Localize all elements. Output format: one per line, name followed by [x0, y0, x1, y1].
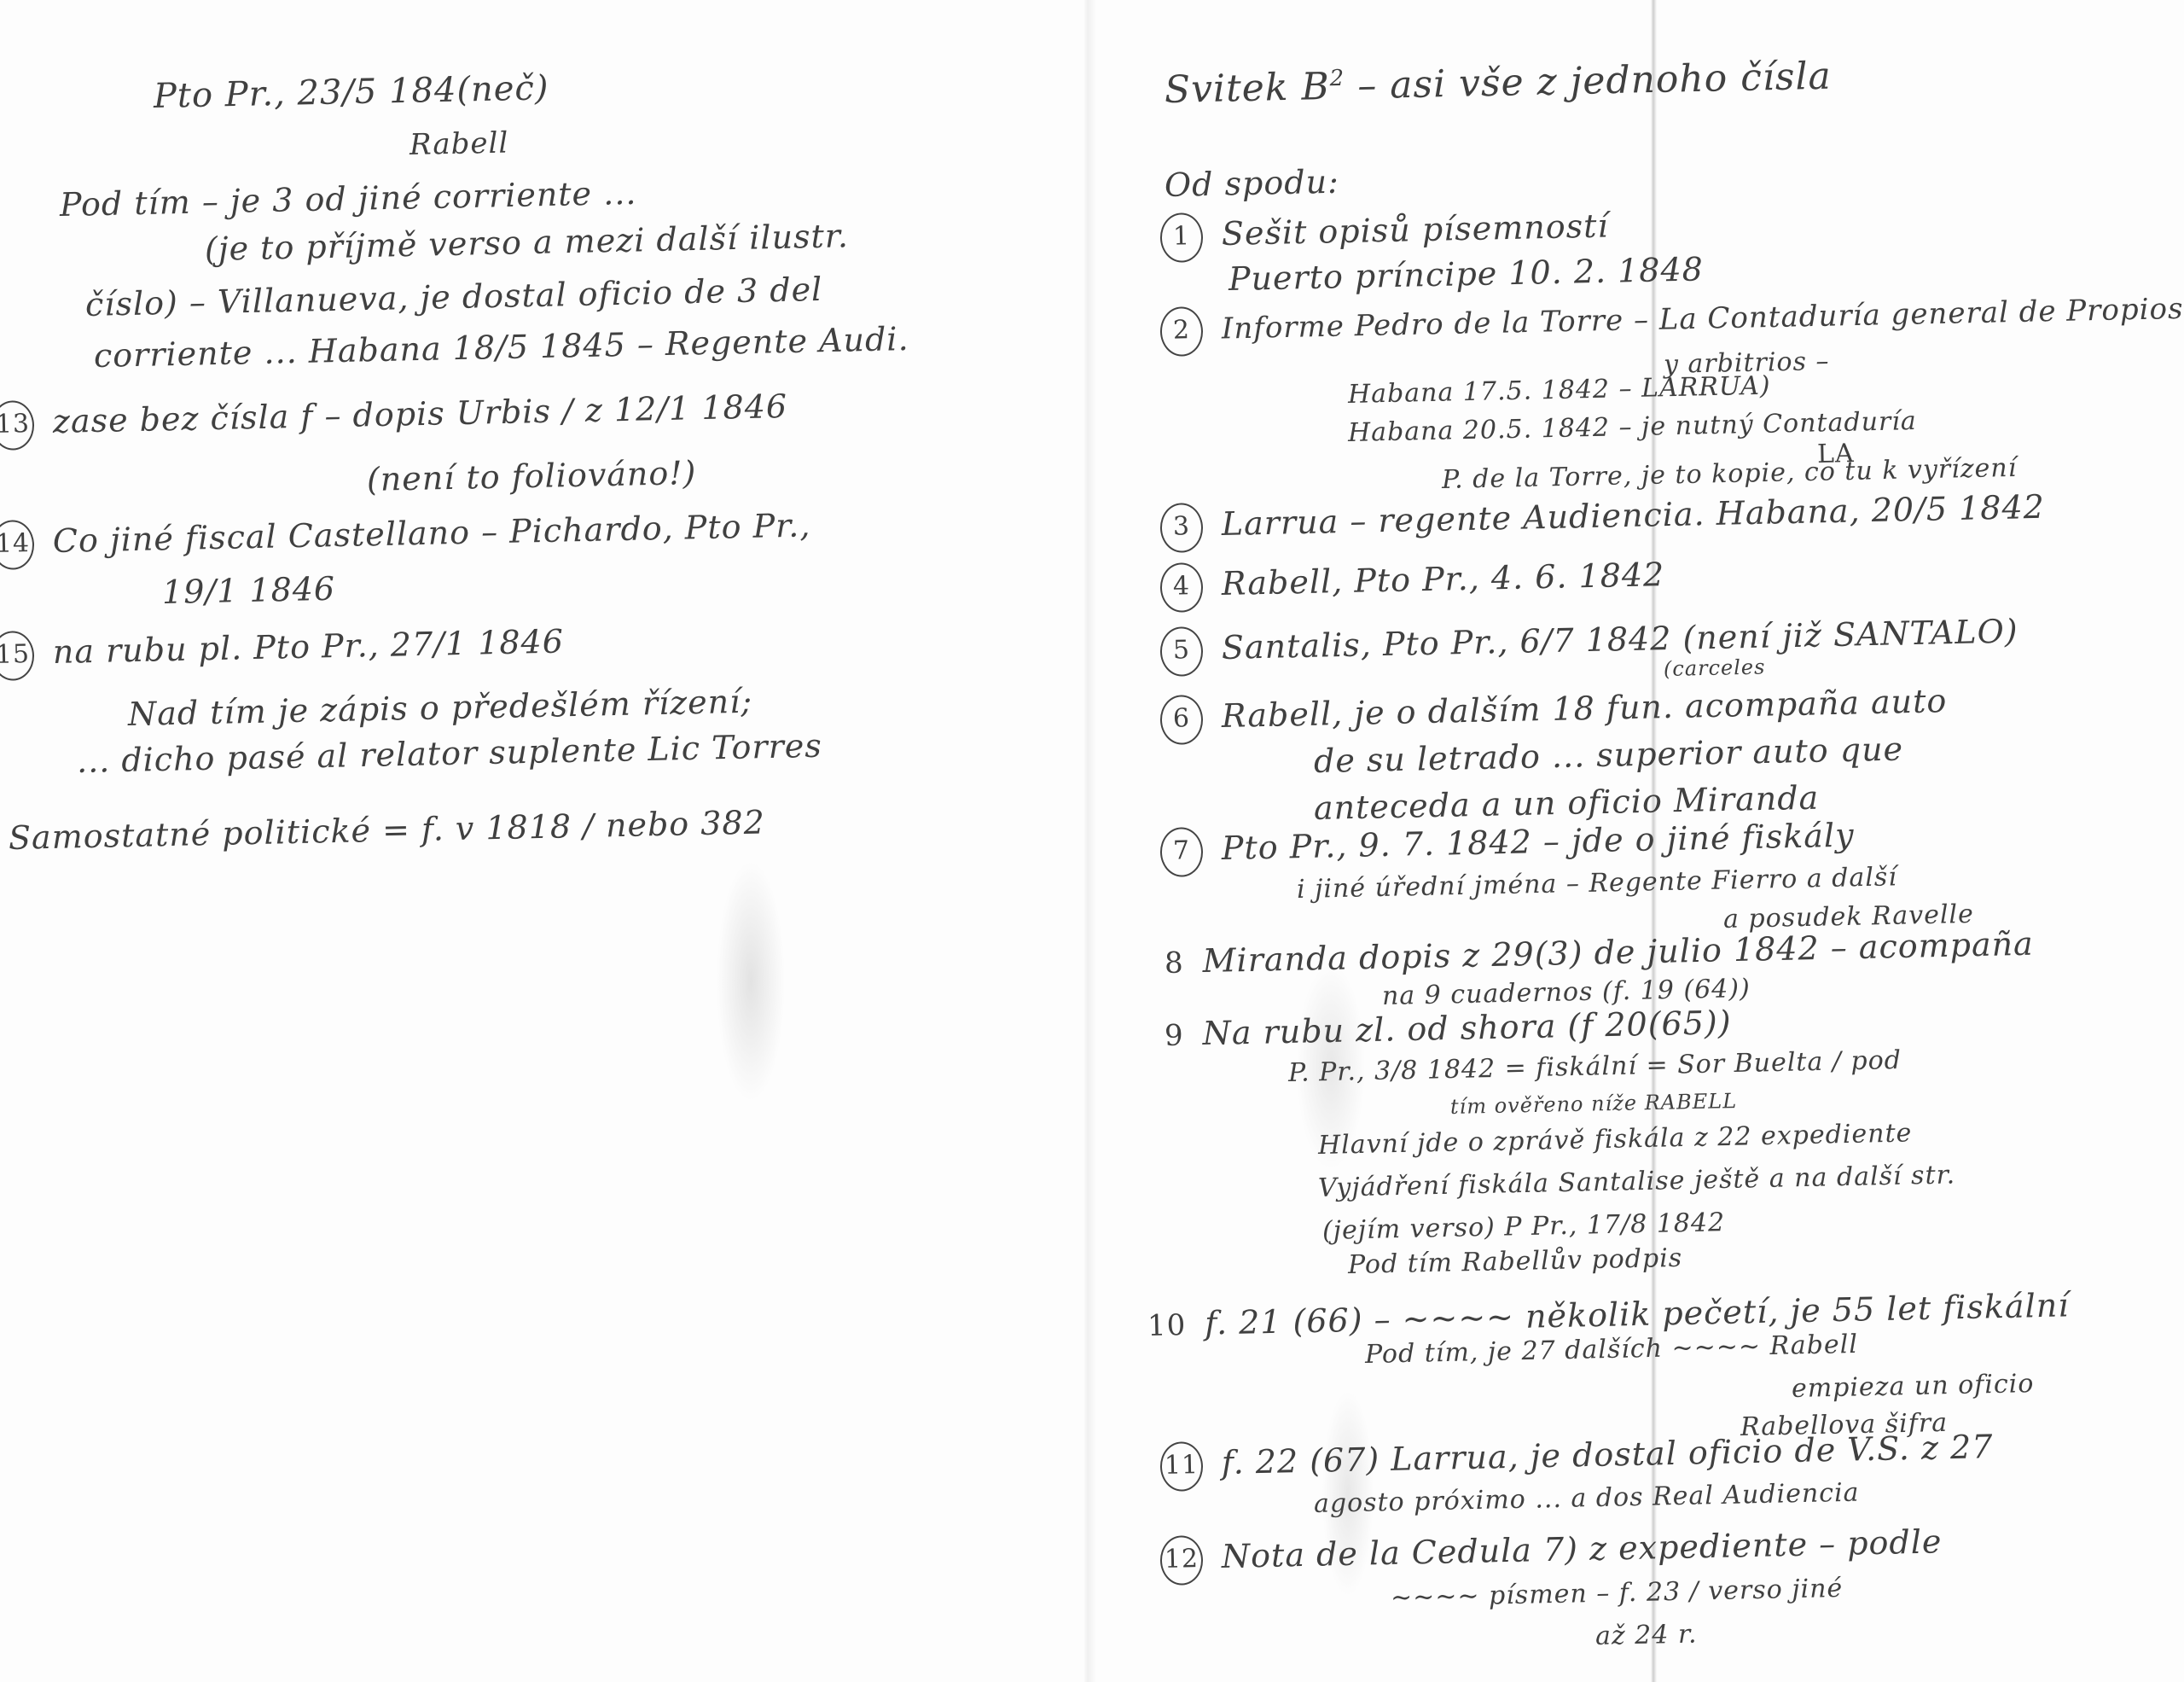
left-header-line1: Pto Pr., 23/5 184(neč): [154, 68, 549, 116]
right-page: Svitek B2 – asi vše z jednoho čísla Od s…: [1109, 0, 2184, 1682]
item-number-circle: 6: [1159, 695, 1203, 745]
item-number-circle: 15: [0, 631, 35, 681]
item-text: Nota de la Cedula 7) z expediente – podl…: [1221, 1522, 1942, 1575]
item-number-circle: 5: [1159, 626, 1203, 677]
right-item-9-line4: Hlavní jde o zprávě fiskála z 22 expedie…: [1318, 1118, 1913, 1161]
item-number-circle: 14: [0, 520, 35, 570]
roll-superscript: 2: [1329, 66, 1345, 91]
left-header-line2: Rabell: [409, 126, 509, 162]
item-number-circle: 2: [1159, 306, 1203, 357]
left-paragraph-2: (je to příjmě verso a mezi další ilustr.: [205, 217, 850, 268]
item-text: f. 22 (67) Larrua, je dostal oficio de V…: [1221, 1428, 1993, 1481]
item-number-circle: 11: [1159, 1441, 1203, 1492]
item-number: 9: [1165, 1019, 1184, 1053]
right-item-9-line7: Pod tím Rabellův podpis: [1348, 1243, 1683, 1280]
item-number-circle: 12: [1159, 1535, 1203, 1586]
item-text: Co jiné fiscal Castellano – Pichardo, Pt…: [52, 506, 810, 560]
right-item-4: 4Rabell, Pto Pr., 4. 6. 1842: [1159, 553, 1664, 613]
right-header: Svitek B2 – asi vše z jednoho čísla: [1164, 55, 1832, 112]
item-number-circle: 7: [1159, 827, 1203, 877]
left-item-14: 14Co jiné fiscal Castellano – Pichardo, …: [0, 503, 811, 570]
item-text: Rabell, je o dalším 18 fun. acompaña aut…: [1221, 682, 1947, 735]
right-item-2-line3: Habana 17.5. 1842 – LARRUA): [1348, 371, 1771, 410]
left-item-13: 13zase bez čísla f – dopis Urbis / z 12/…: [0, 384, 788, 451]
item-text: Informe Pedro de la Torre – La Contadurí…: [1222, 292, 2184, 346]
item-text: Sešit opisů písemností: [1221, 207, 1609, 252]
item-text: Rabell, Pto Pr., 4. 6. 1842: [1221, 556, 1664, 602]
right-item-12-line3: až 24 r.: [1595, 1620, 1698, 1651]
right-item-8: 8Miranda dopis z 29(3) de julio 1842 – a…: [1165, 925, 2035, 981]
right-item-11: 11f. 22 (67) Larrua, je dostal oficio de…: [1159, 1425, 1994, 1492]
left-item-14-line2: 19/1 1846: [162, 570, 336, 611]
roll-subtitle: – asi vše z jednoho čísla: [1357, 55, 1833, 108]
item-text: Na rubu zl. od shora (f 20(65)): [1202, 1004, 1732, 1052]
item-text: na rubu pl. Pto Pr., 27/1 1846: [52, 622, 564, 671]
item-number-circle: 3: [1159, 503, 1203, 553]
item-number: 10: [1147, 1308, 1187, 1343]
right-item-9: 9Na rubu zl. od shora (f 20(65)): [1165, 1004, 1732, 1053]
right-item-9-line5: Vyjádření fiskála Santalise ještě a na d…: [1318, 1160, 1956, 1203]
right-item-2: 2Informe Pedro de la Torre – La Contadur…: [1159, 286, 2184, 357]
right-item-3: 3Larrua – regente Audiencia. Habana, 20/…: [1159, 485, 2045, 553]
left-item-15-line3: ... dicho pasé al relator suplente Lic T…: [77, 727, 823, 780]
right-item-5: 5Santalis, Pto Pr., 6/7 1842 (není již S…: [1159, 609, 2018, 677]
item-text: Larrua – regente Audiencia. Habana, 20/5…: [1221, 488, 2045, 543]
right-intro: Od spodu:: [1165, 163, 1340, 204]
item-text: Santalis, Pto Pr., 6/7 1842 (není již SA…: [1221, 612, 2018, 666]
left-page: Pto Pr., 23/5 184(neč) Rabell Pod tím – …: [0, 0, 1075, 1682]
left-footer-note: Samostatné politické = f. v 1818 / nebo …: [9, 803, 766, 857]
left-paragraph-4: corriente ... Habana 18/5 1845 – Regente…: [94, 320, 909, 375]
right-item-5-line2: (carceles: [1664, 655, 1766, 681]
item-text: Pto Pr., 9. 7. 1842 – jde o jiné fiskály: [1221, 816, 1855, 867]
right-item-10-line3: empieza un oficio: [1792, 1369, 2035, 1404]
right-item-12-line2: ~~~~ písmen – f. 23 / verso jiné: [1391, 1574, 1844, 1613]
left-item-15: 15na rubu pl. Pto Pr., 27/1 1846: [0, 620, 565, 681]
left-paragraph-1: Pod tím – je 3 od jiné corriente ...: [60, 174, 637, 224]
item-text: Miranda dopis z 29(3) de julio 1842 – ac…: [1202, 925, 2034, 980]
item-number-circle: 1: [1159, 212, 1203, 263]
item-number-circle: 13: [0, 400, 35, 451]
item-number: 8: [1165, 946, 1184, 981]
left-item-13-line2: (není to foliováno!): [367, 454, 697, 498]
left-item-15-line2: Nad tím je zápis o předešlém řízení;: [128, 683, 753, 733]
right-item-9-line6: (jejím verso) P Pr., 17/8 1842: [1322, 1208, 1726, 1246]
left-paragraph-3: číslo) – Villanueva, je dostal oficio de…: [85, 271, 823, 323]
right-item-9-line3: tím ověřeno níže RABELL: [1450, 1089, 1738, 1119]
item-number-circle: 4: [1159, 562, 1203, 613]
right-item-9-line2: P. Pr., 3/8 1842 = fiskální = Sor Buelta…: [1288, 1045, 1902, 1088]
item-text: zase bez čísla f – dopis Urbis / z 12/1 …: [52, 387, 787, 440]
roll-title: Svitek B: [1164, 65, 1330, 112]
